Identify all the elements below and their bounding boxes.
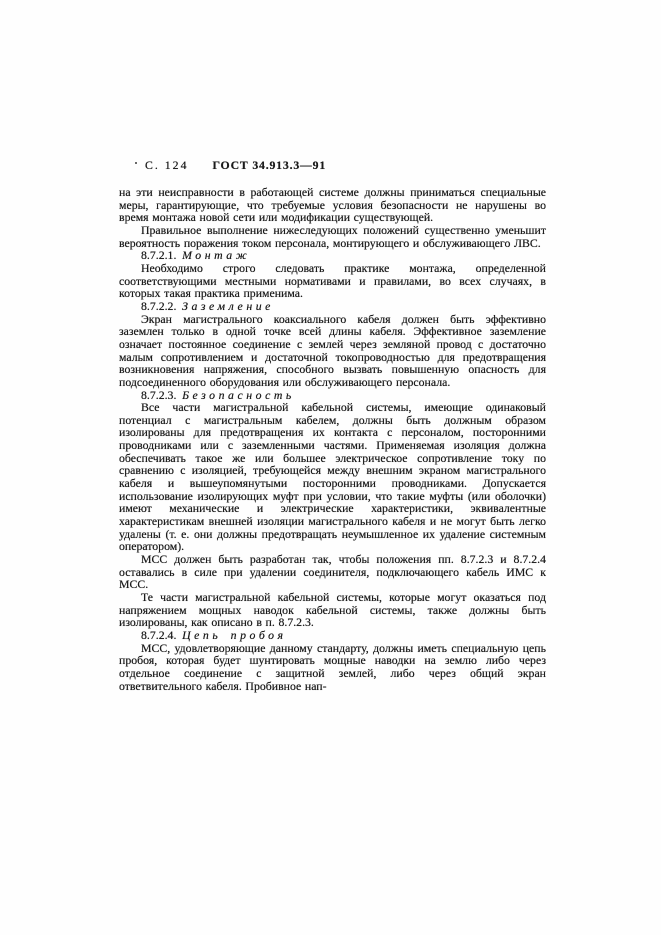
document-body: на эти неисправности в работающей систем… bbox=[119, 186, 546, 692]
page-header: С. 124ГОСТ 34.913.3—91 bbox=[145, 158, 571, 173]
page-number-label: С. 124 bbox=[145, 158, 188, 172]
paragraph: Все части магистральной кабельной систем… bbox=[119, 401, 546, 553]
section-heading: 8.7.2.2. Заземление bbox=[119, 300, 546, 313]
paragraph: Те части магистральной кабельной системы… bbox=[119, 591, 546, 629]
paragraph: Экран магистрального коаксиального кабел… bbox=[119, 313, 546, 389]
section-number: 8.7.2.2. bbox=[141, 299, 176, 313]
section-heading: 8.7.2.4. Цепь пробоя bbox=[119, 629, 546, 642]
paragraph: МСС, удовлетворяющие данному стандарту, … bbox=[119, 642, 546, 693]
standard-number: ГОСТ 34.913.3—91 bbox=[212, 158, 326, 172]
ink-speck-artifact bbox=[135, 162, 137, 164]
paragraph: Необходимо строго следовать практике мон… bbox=[119, 262, 546, 300]
section-number: 8.7.2.4. bbox=[141, 628, 176, 642]
paragraph: на эти неисправности в работающей систем… bbox=[119, 186, 546, 224]
scanned-document-page: С. 124ГОСТ 34.913.3—91 на эти неисправно… bbox=[0, 0, 661, 935]
section-title: Цепь пробоя bbox=[182, 628, 286, 642]
section-title: Заземление bbox=[182, 299, 274, 313]
paragraph: Правильное выполнение нижеследующих поло… bbox=[119, 224, 546, 249]
paragraph: МСС должен быть разработан так, чтобы по… bbox=[119, 553, 546, 591]
